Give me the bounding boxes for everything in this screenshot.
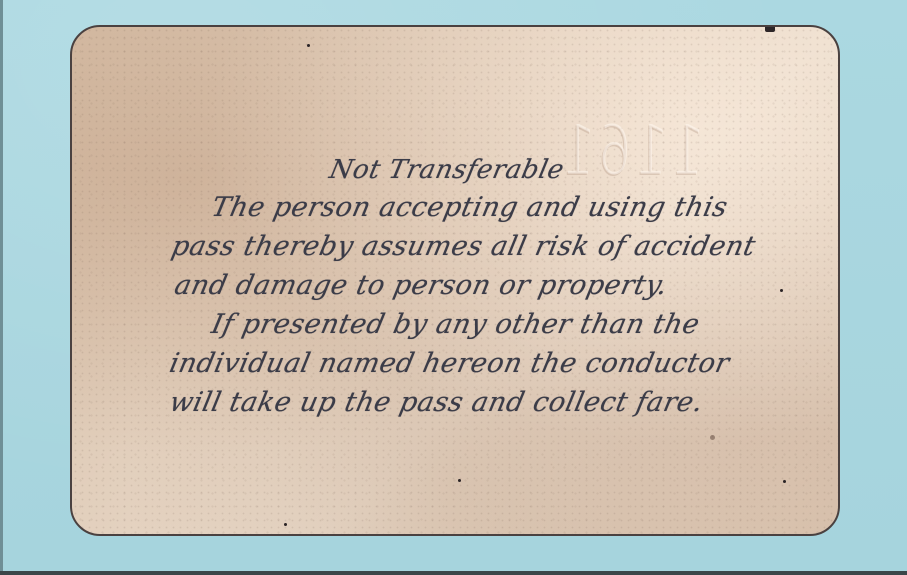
paper-speck <box>780 289 783 292</box>
condition-line-6: will take up the pass and collect fare. <box>167 387 706 418</box>
condition-line-1: The person accepting and using this <box>209 192 731 223</box>
pass-title: Not Transferable <box>327 155 567 185</box>
paper-speck <box>307 44 310 47</box>
paper-stain <box>710 435 715 440</box>
condition-line-5: individual named hereon the conductor <box>167 348 733 379</box>
paper-speck <box>284 523 287 526</box>
paper-speck <box>458 479 461 482</box>
paper-speck <box>783 480 786 483</box>
railroad-pass-card-back: 1161 Not Transferable The person accepti… <box>70 25 840 536</box>
scan-left-edge <box>0 0 3 575</box>
condition-line-4: If presented by any other than the <box>209 309 703 340</box>
condition-line-3: and damage to person or property. <box>172 270 671 301</box>
pass-conditions-text: Not Transferable The person accepting an… <box>72 27 838 534</box>
scan-bottom-edge <box>0 571 907 575</box>
condition-line-2: pass thereby assumes all risk of acciden… <box>169 231 759 262</box>
